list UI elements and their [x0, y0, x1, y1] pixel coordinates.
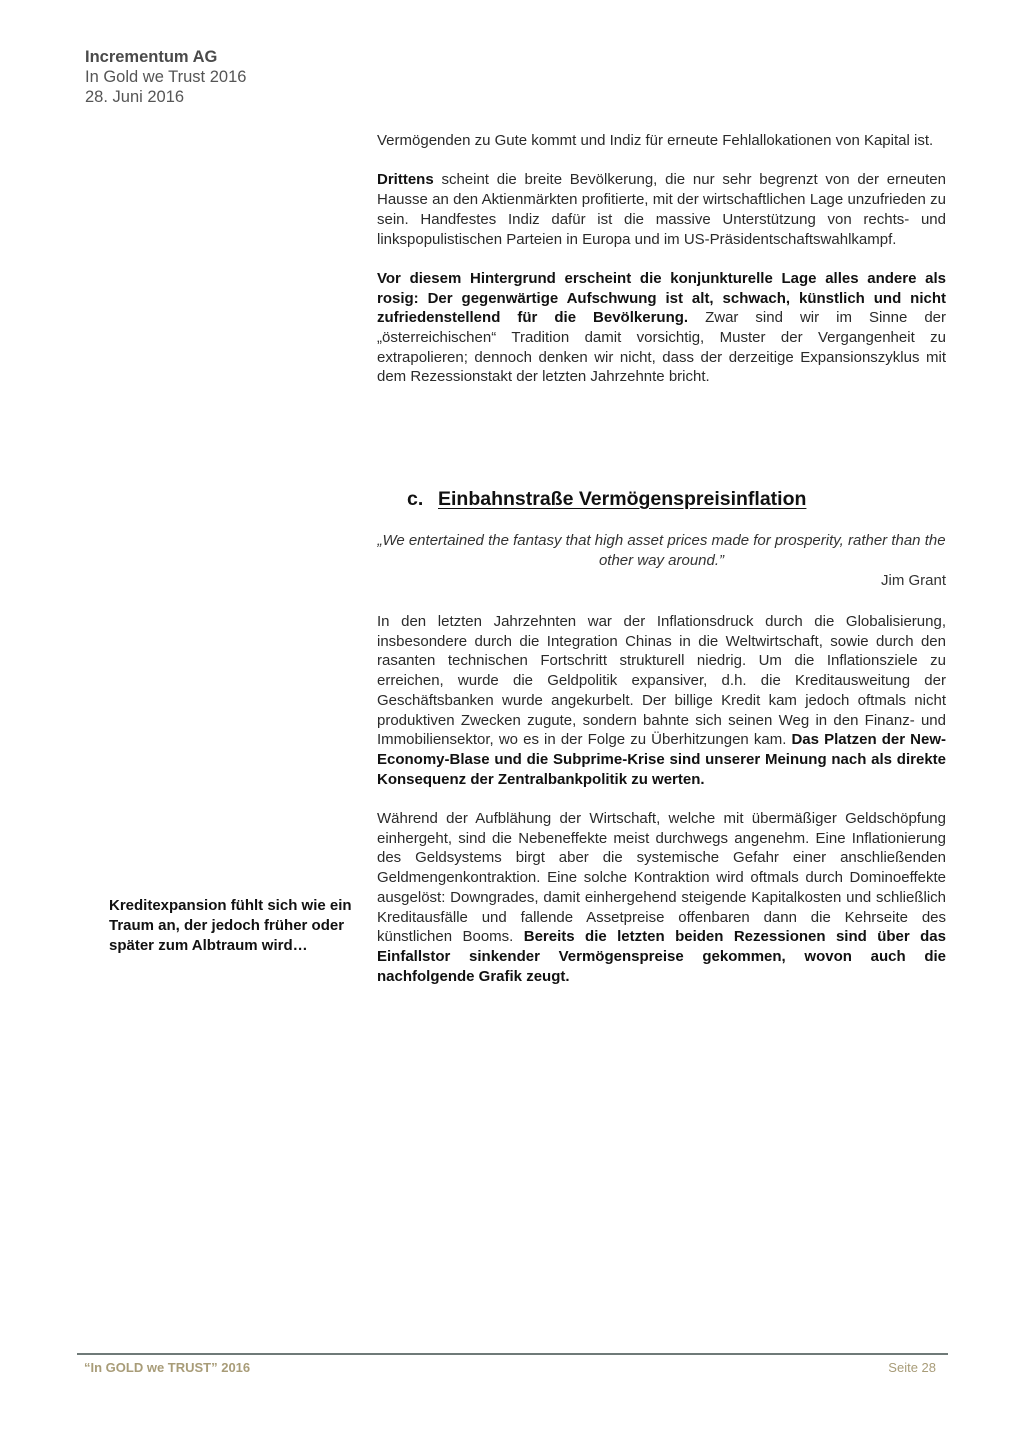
document-header: Incrementum AG In Gold we Trust 2016 28.…: [85, 47, 246, 107]
quote-author: Jim Grant: [377, 571, 946, 591]
paragraph: Drittens scheint die breite Bevölkerung,…: [377, 170, 946, 249]
footer-divider: [77, 1353, 948, 1355]
section-title: Einbahnstraße Vermögenspreisinflation: [438, 488, 806, 510]
emphasis: Drittens: [377, 171, 434, 188]
section-letter: c.: [407, 487, 438, 511]
epigraph-quote: „We entertained the fantasy that high as…: [377, 531, 946, 571]
paragraph: In den letzten Jahrzehnten war der Infla…: [377, 612, 946, 789]
body-text-bottom: In den letzten Jahrzehnten war der Infla…: [377, 612, 946, 986]
paragraph: Vermögenden zu Gute kommt und Indiz für …: [377, 131, 946, 151]
page-number: Seite 28: [888, 1360, 936, 1375]
publication-date: 28. Juni 2016: [85, 87, 246, 107]
paragraph: Während der Aufblähung der Wirtschaft, w…: [377, 809, 946, 986]
margin-note: Kreditexpansion fühlt sich wie ein Traum…: [109, 896, 364, 956]
publication-title: In Gold we Trust 2016: [85, 67, 246, 87]
section-heading: c.Einbahnstraße Vermögenspreisinflation: [407, 487, 806, 511]
body-text-top: Vermögenden zu Gute kommt und Indiz für …: [377, 131, 946, 387]
paragraph: Vor diesem Hintergrund erscheint die kon…: [377, 269, 946, 387]
footer-title: “In GOLD we TRUST” 2016: [84, 1360, 250, 1375]
company-name: Incrementum AG: [85, 47, 246, 67]
